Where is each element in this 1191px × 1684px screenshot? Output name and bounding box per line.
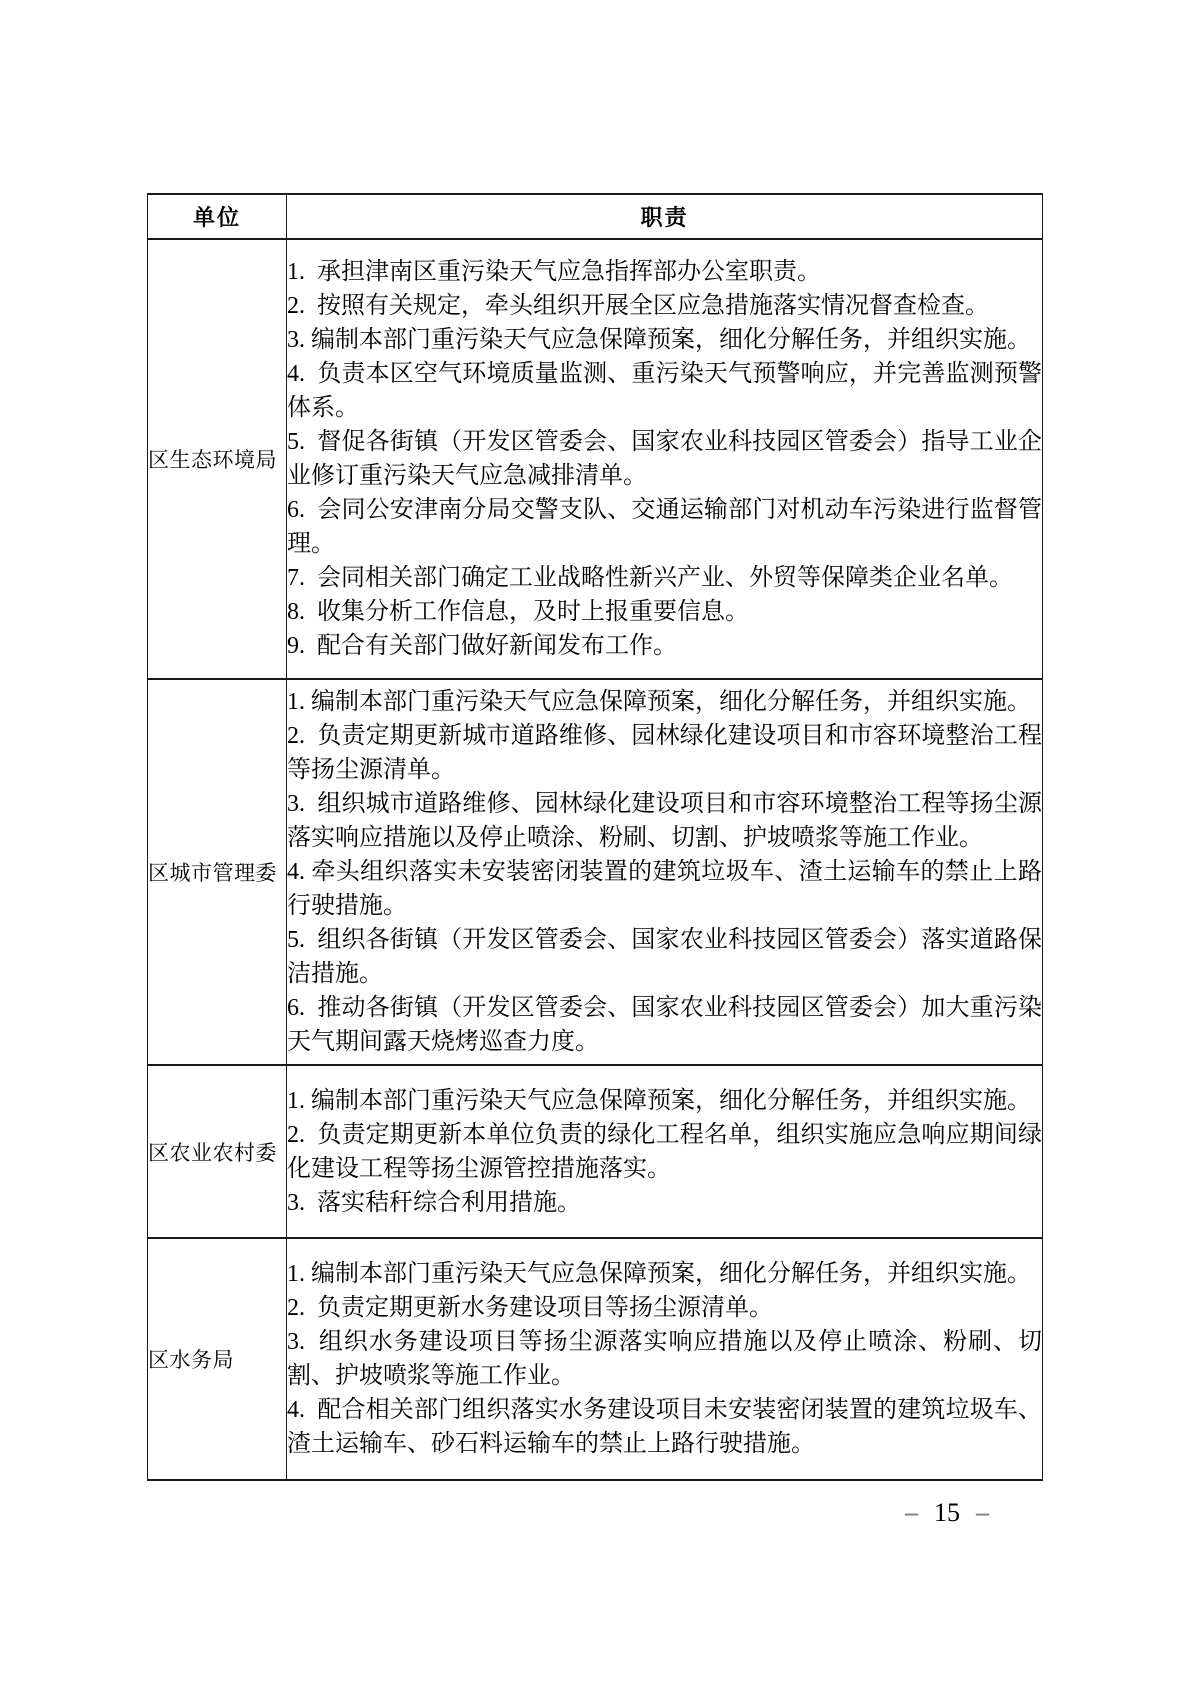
unit-name: 区城市管理委: [148, 679, 287, 1065]
duty-item: 2. 负责定期更新水务建设项目等扬尘源清单。: [287, 1291, 1042, 1325]
document-page: 单位 职责 区生态环境局1. 承担津南区重污染天气应急指挥部办公室职责。2. 按…: [0, 0, 1191, 1684]
duty-item: 5. 组织各街镇（开发区管委会、国家农业科技园区管委会）落实道路保洁措施。: [287, 923, 1042, 991]
duty-item: 7. 会同相关部门确定工业战略性新兴产业、外贸等保障类企业名单。: [287, 561, 1042, 595]
unit-name: 区水务局: [148, 1238, 287, 1480]
page-number-right-dash: –: [976, 1498, 989, 1528]
duty-item: 6. 推动各街镇（开发区管委会、国家农业科技园区管委会）加大重污染天气期间露天烧…: [287, 991, 1042, 1059]
duty-list: 1. 编制本部门重污染天气应急保障预案，细化分解任务，并组织实施。2. 负责定期…: [287, 679, 1043, 1065]
unit-name: 区农业农村委: [148, 1065, 287, 1238]
duty-item: 3. 编制本部门重污染天气应急保障预案，细化分解任务，并组织实施。: [287, 323, 1042, 357]
duty-item: 4. 负责本区空气环境质量监测、重污染天气预警响应，并完善监测预警体系。: [287, 357, 1042, 425]
duty-item: 2. 负责定期更新本单位负责的绿化工程名单，组织实施应急响应期间绿化建设工程等扬…: [287, 1118, 1042, 1186]
table-row: 区农业农村委1. 编制本部门重污染天气应急保障预案，细化分解任务，并组织实施。2…: [148, 1065, 1043, 1238]
duty-item: 6. 会同公安津南分局交警支队、交通运输部门对机动车污染进行监督管理。: [287, 493, 1042, 561]
duty-item: 1. 编制本部门重污染天气应急保障预案，细化分解任务，并组织实施。: [287, 1257, 1042, 1291]
duty-list: 1. 承担津南区重污染天气应急指挥部办公室职责。2. 按照有关规定，牵头组织开展…: [287, 239, 1043, 679]
duty-table-body: 区生态环境局1. 承担津南区重污染天气应急指挥部办公室职责。2. 按照有关规定，…: [148, 239, 1043, 1480]
duty-item: 2. 负责定期更新城市道路维修、园林绿化建设项目和市容环境整治工程等扬尘源清单。: [287, 719, 1042, 787]
table-row: 区生态环境局1. 承担津南区重污染天气应急指挥部办公室职责。2. 按照有关规定，…: [148, 239, 1043, 679]
page-number-value: 15: [934, 1498, 960, 1528]
duty-item: 3. 组织城市道路维修、园林绿化建设项目和市容环境整治工程等扬尘源落实响应措施以…: [287, 787, 1042, 855]
header-row: 单位 职责: [148, 194, 1043, 239]
duty-item: 4. 牵头组织落实未安装密闭装置的建筑垃圾车、渣土运输车的禁止上路行驶措施。: [287, 855, 1042, 923]
duty-table: 单位 职责 区生态环境局1. 承担津南区重污染天气应急指挥部办公室职责。2. 按…: [147, 193, 1043, 1481]
duty-item: 9. 配合有关部门做好新闻发布工作。: [287, 629, 1042, 663]
page-number-left-dash: –: [905, 1498, 918, 1528]
duty-list: 1. 编制本部门重污染天气应急保障预案，细化分解任务，并组织实施。2. 负责定期…: [287, 1238, 1043, 1480]
duty-item: 8. 收集分析工作信息，及时上报重要信息。: [287, 595, 1042, 629]
duty-item: 4. 配合相关部门组织落实水务建设项目未安装密闭装置的建筑垃圾车、渣土运输车、砂…: [287, 1393, 1042, 1461]
duty-item: 3. 组织水务建设项目等扬尘源落实响应措施以及停止喷涂、粉刷、切割、护坡喷浆等施…: [287, 1325, 1042, 1393]
page-number: – 15 –: [905, 1498, 989, 1528]
table-row: 区城市管理委1. 编制本部门重污染天气应急保障预案，细化分解任务，并组织实施。2…: [148, 679, 1043, 1065]
duty-item: 1. 编制本部门重污染天气应急保障预案，细化分解任务，并组织实施。: [287, 685, 1042, 719]
duty-item: 3. 落实秸秆综合利用措施。: [287, 1186, 1042, 1220]
duty-item: 2. 按照有关规定，牵头组织开展全区应急措施落实情况督查检查。: [287, 289, 1042, 323]
unit-name: 区生态环境局: [148, 239, 287, 679]
duty-item: 1. 承担津南区重污染天气应急指挥部办公室职责。: [287, 255, 1042, 289]
duty-column-header: 职责: [287, 194, 1043, 239]
duty-list: 1. 编制本部门重污染天气应急保障预案，细化分解任务，并组织实施。2. 负责定期…: [287, 1065, 1043, 1238]
duty-item: 1. 编制本部门重污染天气应急保障预案，细化分解任务，并组织实施。: [287, 1084, 1042, 1118]
duty-table-header: 单位 职责: [148, 194, 1043, 239]
table-row: 区水务局1. 编制本部门重污染天气应急保障预案，细化分解任务，并组织实施。2. …: [148, 1238, 1043, 1480]
unit-column-header: 单位: [148, 194, 287, 239]
duty-item: 5. 督促各街镇（开发区管委会、国家农业科技园区管委会）指导工业企业修订重污染天…: [287, 425, 1042, 493]
